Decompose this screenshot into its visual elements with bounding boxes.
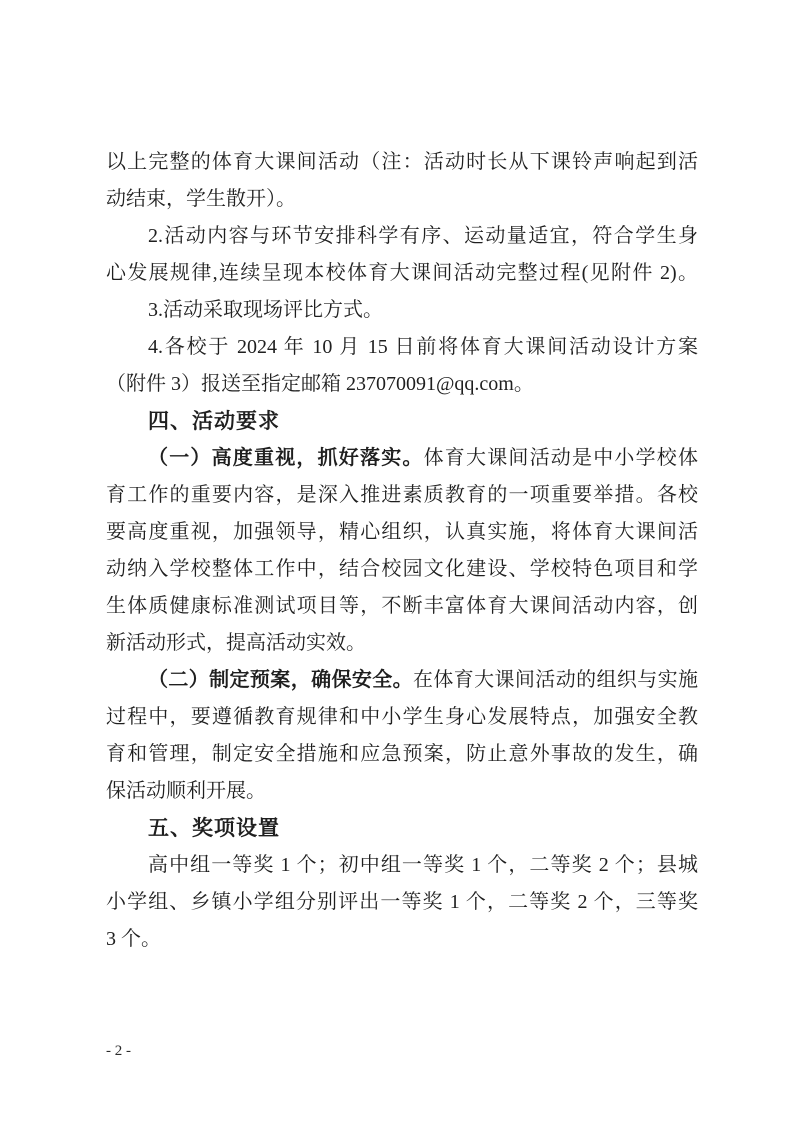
document-body: 以上完整的体育大课间活动（注：活动时长从下课铃声响起到活 动结束，学生散开）。 … xyxy=(106,144,698,958)
doc-line: （附件 3）报送至指定邮箱 237070091@qq.com。 xyxy=(106,366,698,403)
document-page: 以上完整的体育大课间活动（注：活动时长从下课铃声响起到活 动结束，学生散开）。 … xyxy=(0,0,794,1123)
doc-line: 过程中，要遵循教育规律和中小学生身心发展特点，加强安全教 xyxy=(106,699,698,736)
doc-line: 高中组一等奖 1 个；初中组一等奖 1 个，二等奖 2 个；县城 xyxy=(106,847,698,884)
paragraph-text: 在体育大课间活动的组织与实施 xyxy=(413,669,698,691)
paragraph-lead: （二）制定预案，确保安全。 xyxy=(148,669,413,691)
doc-line: 新活动形式，提高活动实效。 xyxy=(106,625,698,662)
section-heading-awards: 五、奖项设置 xyxy=(106,810,698,847)
doc-line: 育和管理，制定安全措施和应急预案，防止意外事故的发生，确 xyxy=(106,736,698,773)
doc-line: 以上完整的体育大课间活动（注：活动时长从下课铃声响起到活 xyxy=(106,144,698,181)
doc-line: 3.活动采取现场评比方式。 xyxy=(106,292,698,329)
doc-line: 动结束，学生散开）。 xyxy=(106,181,698,218)
doc-line: 4.各校于 2024 年 10 月 15 日前将体育大课间活动设计方案 xyxy=(106,329,698,366)
doc-line: 保活动顺利开展。 xyxy=(106,773,698,810)
doc-line: （二）制定预案，确保安全。在体育大课间活动的组织与实施 xyxy=(106,662,698,699)
doc-line: 2.活动内容与环节安排科学有序、运动量适宜，符合学生身 xyxy=(106,218,698,255)
doc-line: 生体质健康标准测试项目等，不断丰富体育大课间活动内容，创 xyxy=(106,588,698,625)
paragraph-text: 体育大课间活动是中小学校体 xyxy=(424,447,698,469)
page-number: - 2 - xyxy=(106,1042,131,1060)
doc-line: 要高度重视，加强领导，精心组织，认真实施，将体育大课间活 xyxy=(106,514,698,551)
paragraph-lead: （一）高度重视，抓好落实。 xyxy=(148,447,424,469)
doc-line: 育工作的重要内容，是深入推进素质教育的一项重要举措。各校 xyxy=(106,477,698,514)
section-heading-requirements: 四、活动要求 xyxy=(106,403,698,440)
doc-line: 动纳入学校整体工作中，结合校园文化建设、学校特色项目和学 xyxy=(106,551,698,588)
doc-line: 心发展规律,连续呈现本校体育大课间活动完整过程(见附件 2)。 xyxy=(106,255,698,292)
doc-line: 小学组、乡镇小学组分别评出一等奖 1 个，二等奖 2 个，三等奖 xyxy=(106,884,698,921)
doc-line: （一）高度重视，抓好落实。体育大课间活动是中小学校体 xyxy=(106,440,698,477)
doc-line: 3 个。 xyxy=(106,921,698,958)
